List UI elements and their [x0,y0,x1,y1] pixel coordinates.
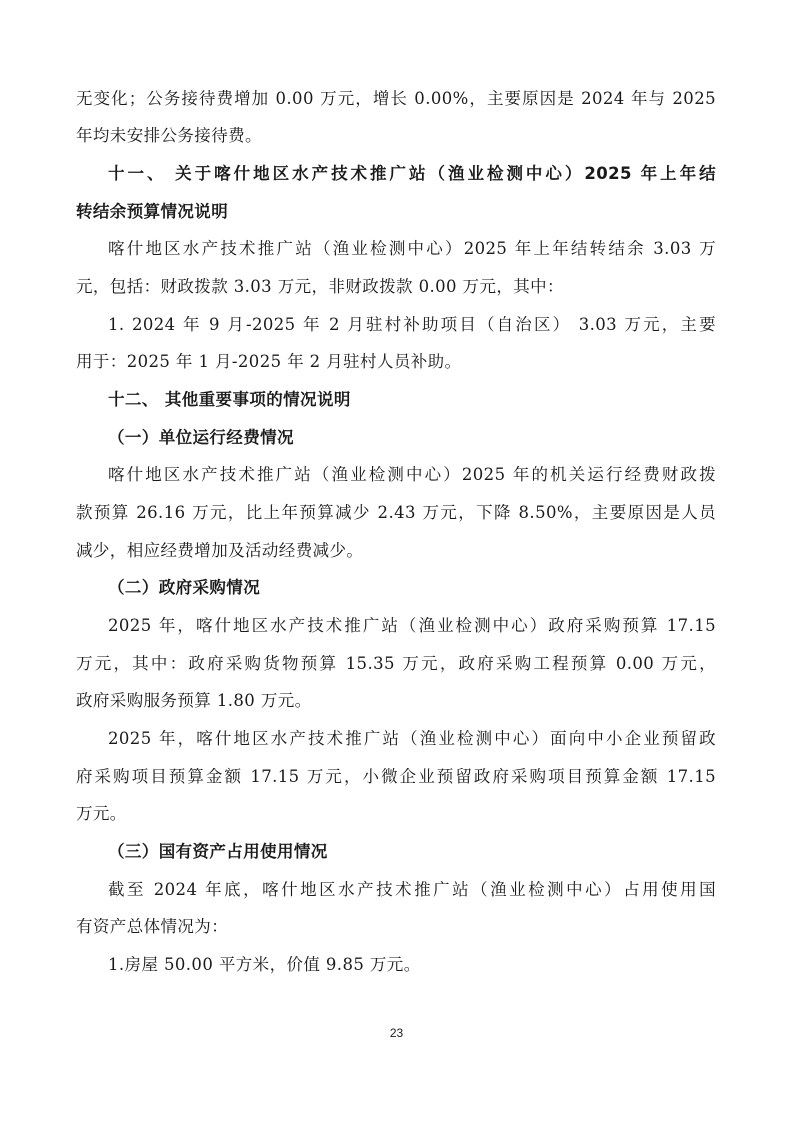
paragraph-line: 万元，其中：政府采购货物预算 15.35 万元，政府采购工程预算 0.00 万元… [76,651,716,677]
paragraph-line: 2025 年，喀什地区水产技术推广站（渔业检测中心）面向中小企业预留政 [76,726,716,752]
paragraph-line: 减少，相应经费增加及活动经费减少。 [76,538,716,564]
paragraph-line: 无变化；公务接待费增加 0.00 万元，增长 0.00%，主要原因是 2024 … [76,86,716,112]
paragraph-line: 2025 年，喀什地区水产技术推广站（渔业检测中心）政府采购预算 17.15 [76,613,716,639]
paragraph-line: 款预算 26.16 万元，比上年预算减少 2.43 万元，下降 8.50%，主要… [76,500,716,526]
list-item-continued: 用于：2025 年 1 月-2025 年 2 月驻村人员补助。 [76,349,716,375]
paragraph-line: 万元。 [76,801,716,827]
page-number: 23 [0,1026,793,1040]
section-heading-11: 十一、 关于喀什地区水产技术推广站（渔业检测中心）2025 年上年结 [76,161,716,187]
paragraph-line: 府采购项目预算金额 17.15 万元，小微企业预留政府采购项目预算金额 17.1… [76,764,716,790]
subsection-heading-3: （三）国有资产占用使用情况 [76,839,716,865]
paragraph-line: 喀什地区水产技术推广站（渔业检测中心）2025 年上年结转结余 3.03 万 [76,236,716,262]
paragraph-line: 政府采购服务预算 1.80 万元。 [76,688,716,714]
paragraph-line: 截至 2024 年底，喀什地区水产技术推广站（渔业检测中心）占用使用国 [76,877,716,903]
section-heading-11-continued: 转结余预算情况说明 [76,199,716,225]
paragraph-line: 年均未安排公务接待费。 [76,123,716,149]
paragraph-line: 喀什地区水产技术推广站（渔业检测中心）2025 年的机关运行经费财政拨 [76,462,716,488]
list-item: 1. 2024 年 9 月-2025 年 2 月驻村补助项目（自治区） 3.03… [76,312,716,338]
paragraph-line: 元，包括：财政拨款 3.03 万元，非财政拨款 0.00 万元，其中： [76,274,716,300]
paragraph-line: 有资产总体情况为： [76,914,716,940]
list-item: 1.房屋 50.00 平方米，价值 9.85 万元。 [76,952,716,978]
section-heading-12: 十二、 其他重要事项的情况说明 [76,387,716,413]
subsection-heading-1: （一）单位运行经费情况 [76,425,716,451]
subsection-heading-2: （二）政府采购情况 [76,575,716,601]
